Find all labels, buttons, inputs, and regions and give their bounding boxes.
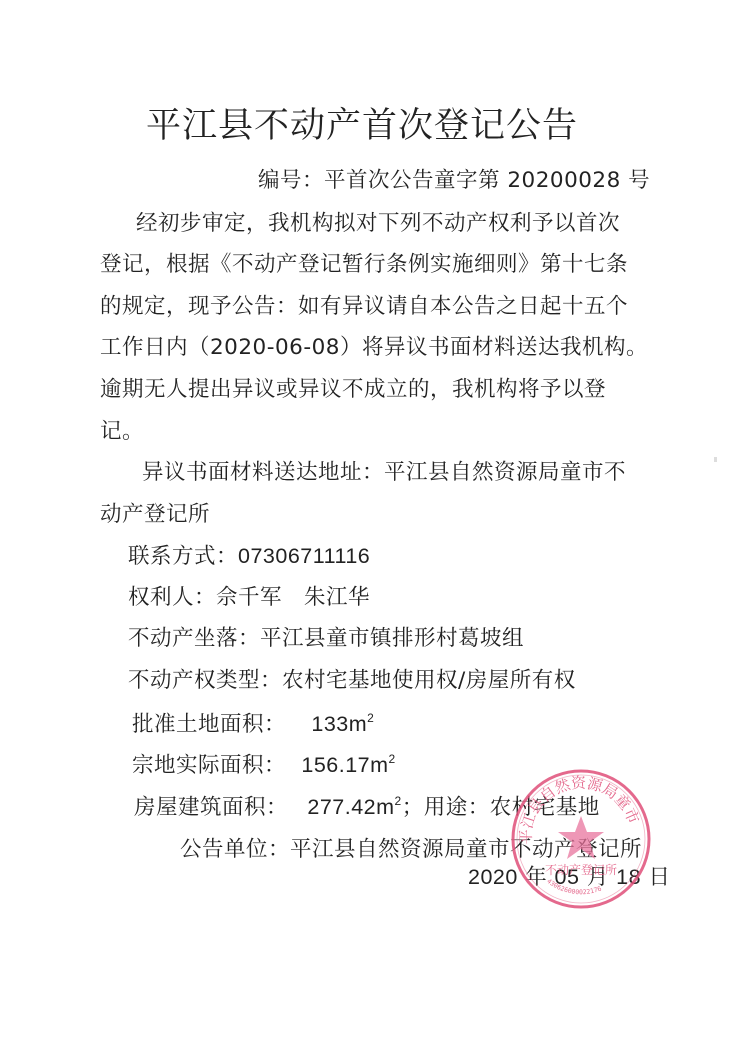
body-line-3: 的规定，现予公告：如有异议请自本公告之日起十五个 [100,289,628,320]
right-holder-row: 权利人：佘千军 朱江华 [128,580,370,611]
approved-land-area-unit-sup: 2 [367,711,374,725]
actual-parcel-area-unit-sup: 2 [389,752,396,766]
location-row: 不动产坐落：平江县童市镇排形村葛坡组 [128,621,524,652]
objection-address-line-1: 异议书面材料送达地址：平江县自然资源局童市不 [142,455,626,486]
contact-value: 07306711116 [238,544,370,568]
issuer-value: 平江县自然资源局童市不动产登记所 [290,837,642,862]
actual-parcel-area-value: 156.17m [301,753,388,777]
issuer-label: 公告单位： [180,837,290,862]
building-area-label: 房屋建筑面积： [134,795,288,820]
body-line-4: 工作日内（2020-06-08）将异议书面材料送达我机构。 [100,330,648,361]
objection-address-line-2: 动产登记所 [100,497,210,528]
building-area-value: 277.42m [307,795,394,819]
scan-mark [714,457,717,462]
right-type-row: 不动产权类型：农村宅基地使用权/房屋所有权 [128,663,576,694]
building-area-usage: ；用途：农村宅基地 [402,795,600,820]
location-value: 平江县童市镇排形村葛坡组 [260,626,524,651]
contact-row: 联系方式：07306711116 [128,539,370,570]
approved-land-area-row: 批准土地面积： 133m2 [132,707,374,738]
issuer-row: 公告单位：平江县自然资源局童市不动产登记所 [180,832,642,863]
date-year-label: 年 [525,865,547,890]
objection-address-label: 异议书面材料送达地址： [142,460,384,485]
approved-land-area-label: 批准土地面积： [132,712,286,737]
contact-label: 联系方式： [128,544,238,569]
approved-land-area-value: 133m [311,712,367,736]
date-day: 18 [616,865,641,889]
document-number-value: 平首次公告童字第 20200028 号 [324,168,650,193]
body-line-2: 登记，根据《不动产登记暂行条例实施细则》第十七条 [100,247,628,278]
right-holder-value: 佘千军 朱江华 [216,585,370,610]
date-month-label: 月 [587,865,609,890]
date-year: 2020 [468,865,518,889]
objection-address-value: 平江县自然资源局童市不 [384,460,626,485]
date-day-label: 日 [648,865,670,890]
document-number-label: 编号： [258,168,324,193]
actual-parcel-area-label: 宗地实际面积： [132,753,286,778]
right-type-label: 不动产权类型： [128,668,282,693]
body-line-6: 记。 [100,414,144,445]
building-area-row: 房屋建筑面积： 277.42m2；用途：农村宅基地 [134,790,600,821]
date-row: 2020 年 05 月 18 日 [468,860,670,891]
right-type-value: 农村宅基地使用权/房屋所有权 [282,668,576,693]
location-label: 不动产坐落： [128,626,260,651]
body-line-1: 经初步审定，我机构拟对下列不动产权利予以首次 [136,206,620,237]
document-title: 平江县不动产首次登记公告 [146,98,578,148]
document-number: 编号：平首次公告童字第 20200028 号 [258,163,650,194]
right-holder-label: 权利人： [128,585,216,610]
document-page: 平江县不动产首次登记公告 编号：平首次公告童字第 20200028 号 经初步审… [0,0,750,1060]
building-area-unit-sup: 2 [395,794,402,808]
actual-parcel-area-row: 宗地实际面积： 156.17m2 [132,748,396,779]
body-line-5: 逾期无人提出异议或异议不成立的，我机构将予以登 [100,372,606,403]
date-month: 05 [555,865,580,889]
